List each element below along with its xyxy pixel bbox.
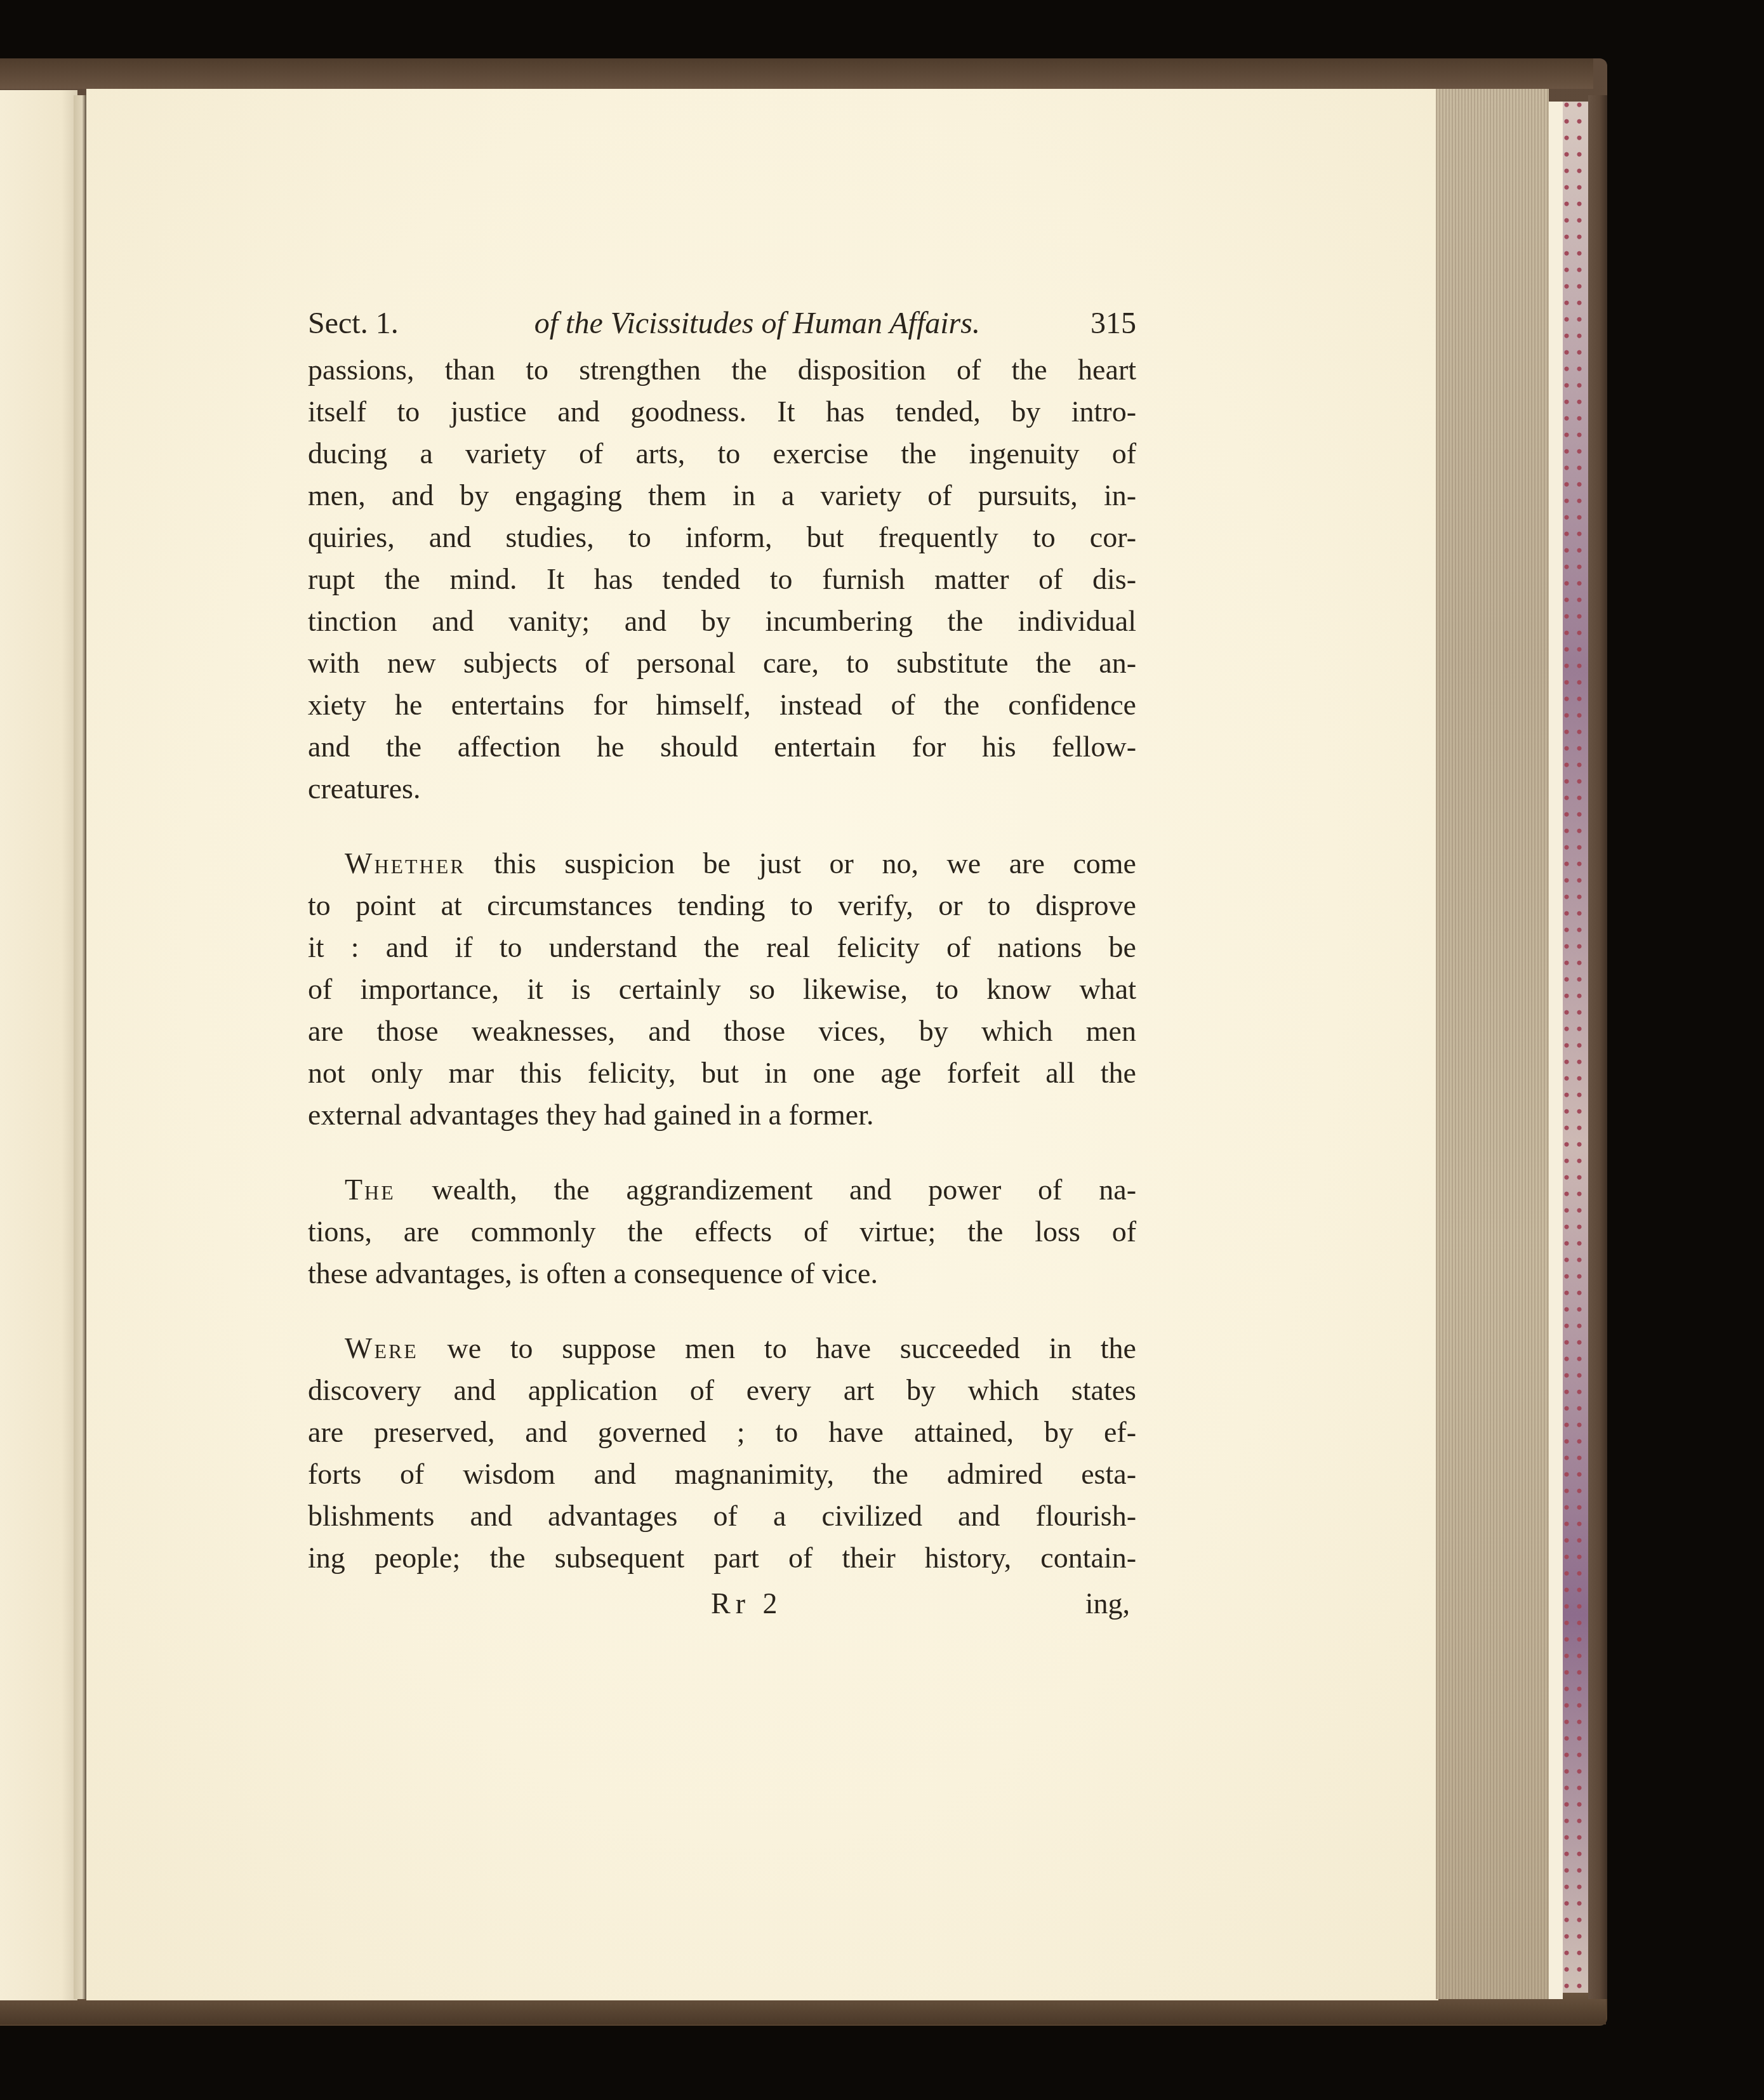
running-head: Sect. 1. of the Vicissitudes of Human Af… xyxy=(308,298,1136,349)
text-line: discovery and application of every art b… xyxy=(308,1370,1136,1411)
text-line: to point at circumstances tending to ver… xyxy=(308,885,1136,927)
text-line: passions, than to strengthen the disposi… xyxy=(308,349,1136,391)
text-line: forts of wisdom and magnanimity, the adm… xyxy=(308,1453,1136,1495)
running-title: of the Vicissitudes of Human Affairs. xyxy=(437,298,1078,349)
text-line-rest: we to suppose men to have succeeded in t… xyxy=(418,1332,1136,1364)
text-line: of importance, it is certainly so likewi… xyxy=(308,968,1136,1010)
text-line: Whether this suspicion be just or no, we… xyxy=(308,843,1136,885)
text-line: external advantages they had gained in a… xyxy=(308,1094,1136,1136)
page-edges-stack xyxy=(1436,89,1549,1999)
paragraph-1: passions, than to strengthen the disposi… xyxy=(308,349,1136,810)
paragraph-gap xyxy=(308,1136,1136,1169)
paragraph-4: Were we to suppose men to have succeeded… xyxy=(308,1328,1136,1579)
cover-leather-edge xyxy=(1588,95,1607,1999)
text-line: are preserved, and governed ; to have at… xyxy=(308,1411,1136,1453)
catchword: ing, xyxy=(1085,1582,1130,1626)
small-caps-lead: Were xyxy=(345,1332,418,1364)
paragraph-2: Whether this suspicion be just or no, we… xyxy=(308,843,1136,1136)
text-line-rest: wealth, the aggrandizement and power of … xyxy=(395,1173,1136,1206)
text-line: xiety he entertains for himself, instead… xyxy=(308,684,1136,726)
text-line: and the affection he should entertain fo… xyxy=(308,726,1136,768)
text-line: ing people; the subsequent part of their… xyxy=(308,1537,1136,1579)
signature-mark: Rr 2 xyxy=(711,1582,783,1626)
page-number: 315 xyxy=(1091,298,1136,349)
text-line: men, and by engaging them in a variety o… xyxy=(308,475,1136,517)
text-line-rest: this suspicion be just or no, we are com… xyxy=(466,847,1136,880)
text-line: not only mar this felicity, but in one a… xyxy=(308,1052,1136,1094)
text-line: rupt the mind. It has tended to furnish … xyxy=(308,558,1136,600)
text-line: are those weaknesses, and those vices, b… xyxy=(308,1010,1136,1052)
text-line: tinction and vanity; and by incumbering … xyxy=(308,600,1136,642)
marbled-endpaper xyxy=(1563,102,1588,1993)
book-gutter xyxy=(74,95,88,1999)
text-line: The wealth, the aggrandizement and power… xyxy=(308,1169,1136,1211)
small-caps-lead: The xyxy=(345,1173,395,1206)
paragraph-gap xyxy=(308,1295,1136,1328)
text-line: quiries, and studies, to inform, but fre… xyxy=(308,517,1136,558)
paragraph-3: The wealth, the aggrandizement and power… xyxy=(308,1169,1136,1295)
text-line: blishments and advantages of a civilized… xyxy=(308,1495,1136,1537)
small-caps-lead: Whether xyxy=(345,847,466,880)
text-line: these advantages, is often a consequence… xyxy=(308,1253,1136,1295)
cover-top-edge xyxy=(0,58,1593,89)
paragraph-gap xyxy=(308,810,1136,843)
text-line: itself to justice and goodness. It has t… xyxy=(308,391,1136,433)
text-block: Sect. 1. of the Vicissitudes of Human Af… xyxy=(308,298,1136,1626)
page-edge-flyleaf xyxy=(1549,102,1563,1999)
text-line: Were we to suppose men to have succeeded… xyxy=(308,1328,1136,1370)
text-line: ducing a variety of arts, to exercise th… xyxy=(308,433,1136,475)
text-line: tions, are commonly the effects of virtu… xyxy=(308,1211,1136,1253)
text-line: it : and if to understand the real felic… xyxy=(308,927,1136,968)
page-footer: Rr 2 ing, xyxy=(308,1582,1136,1626)
section-label: Sect. 1. xyxy=(308,298,399,349)
left-page xyxy=(0,90,77,2000)
text-line: creatures. xyxy=(308,768,1136,810)
text-line: with new subjects of personal care, to s… xyxy=(308,642,1136,684)
